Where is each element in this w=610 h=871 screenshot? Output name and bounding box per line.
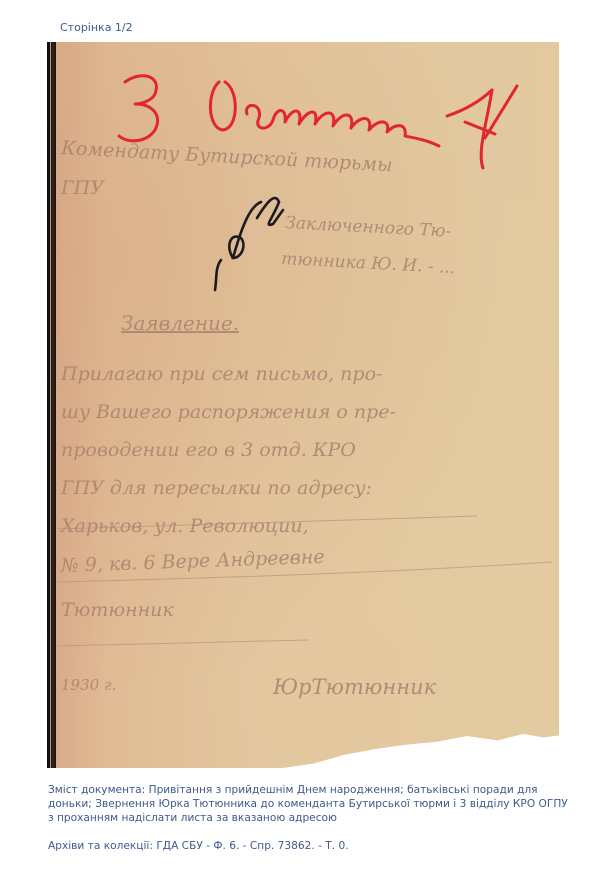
document-scan-image: Комендату Бутирской тюрьмы ГПУ Заключенн… — [47, 42, 559, 768]
red-annotation-seven — [447, 86, 517, 168]
document-caption: Зміст документа: Привітання з прийдешнім… — [48, 783, 568, 853]
ink-registration-number — [215, 198, 283, 290]
svg-text:тюнника Ю. И. - ...: тюнника Ю. И. - ... — [281, 249, 456, 278]
svg-text:Прилагаю при сем письмо, про-: Прилагаю при сем письмо, про- — [60, 363, 382, 385]
svg-text:Тютюнник: Тютюнник — [61, 599, 174, 621]
svg-text:Харьков, ул. Революции,: Харьков, ул. Революции, — [59, 515, 309, 537]
archive-text: ГДА СБУ - Ф. 6. - Спр. 73862. - Т. 0. — [156, 840, 348, 852]
svg-text:ГПУ для пересылки по адресу:: ГПУ для пересылки по адресу: — [60, 477, 372, 499]
svg-text:проводении его в 3 отд. КРО: проводении его в 3 отд. КРО — [61, 439, 356, 461]
page-indicator: Сторінка 1/2 — [60, 21, 133, 34]
handwriting-layer: Комендату Бутирской тюрьмы ГПУ Заключенн… — [47, 42, 559, 768]
archive-label: Архіви та колекції: — [48, 840, 153, 852]
red-annotation-number — [119, 76, 158, 141]
svg-text:шу Вашего распоряжения о пре-: шу Вашего распоряжения о пре- — [61, 401, 396, 423]
red-annotation-word — [210, 82, 439, 146]
document-contents: Зміст документа: Привітання з прийдешнім… — [48, 783, 568, 825]
svg-text:ЮрТютюнник: ЮрТютюнник — [272, 675, 437, 699]
handwritten-text: Комендату Бутирской тюрьмы ГПУ Заключенн… — [59, 137, 456, 699]
svg-text:Заключенного Тю-: Заключенного Тю- — [285, 213, 452, 242]
svg-text:1930 г.: 1930 г. — [61, 676, 116, 694]
archive-reference: Архіви та колекції: ГДА СБУ - Ф. 6. - Сп… — [48, 839, 568, 853]
svg-text:Заявление.: Заявление. — [121, 311, 239, 335]
svg-text:Комендату Бутирской тюрьмы: Комендату Бутирской тюрьмы — [60, 137, 393, 176]
svg-text:№ 9, кв. 6 Вере Андреевне: № 9, кв. 6 Вере Андреевне — [59, 546, 324, 577]
contents-label: Зміст документа: — [48, 784, 145, 796]
svg-text:ГПУ: ГПУ — [60, 177, 105, 199]
